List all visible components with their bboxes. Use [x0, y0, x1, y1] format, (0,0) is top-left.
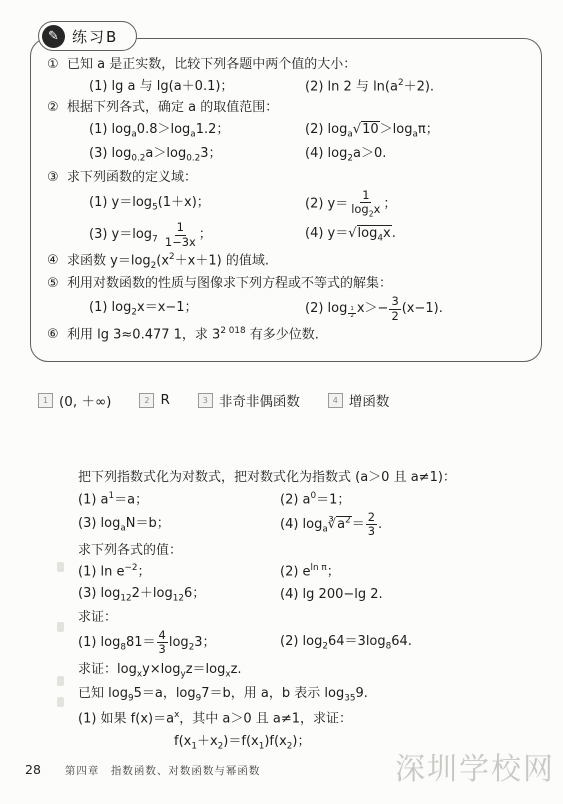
item-stem: 已知 a 是正实数，比较下列各题中两个值的大小： — [67, 55, 531, 75]
item-stem: 求函数 y＝log2(x2＋x＋1) 的值域. — [67, 251, 531, 273]
exercise-box: ① 已知 a 是正实数，比较下列各题中两个值的大小： (1) lg a 与 lg… — [30, 38, 542, 362]
chapter-title: 第四章 指数函数、对数函数与幂函数 — [65, 763, 261, 778]
answer-text: 非奇非偶函数 — [219, 390, 300, 410]
item-part: (2) log12x＞−32(x−1). — [305, 295, 531, 322]
exercise-item: ④ 求函数 y＝log2(x2＋x＋1) 的值域. — [47, 251, 531, 273]
answer-entry: 1 (0, ＋∞) — [38, 390, 111, 410]
exercise-item: ③ 求下列函数的定义域： — [47, 168, 531, 188]
item-part: (2) a0＝1； — [280, 490, 540, 510]
item-part: (1) loga0.8＞loga1.2； — [89, 120, 305, 142]
exercise-title: 练习B — [72, 26, 118, 47]
exercise-item: ⑥ 利用 lg 3≈0.477 1，求 32 018 有多少位数. — [47, 325, 531, 345]
item-part: (4) log2a＞0. — [305, 144, 531, 166]
item-part: (1) a1＝a； — [78, 490, 280, 510]
item-stem: 利用对数函数的性质与图像求下列方程或不等式的解集： — [67, 274, 531, 294]
answer-entry: 3 非奇非偶函数 — [198, 390, 300, 410]
item-part: (1) y＝log5(1＋x)； — [89, 193, 305, 215]
answer-text: (0, ＋∞) — [59, 390, 111, 410]
exercise-header-tab: ✎ 练习B — [38, 21, 137, 51]
item-stem: 求下列函数的定义域： — [67, 168, 531, 188]
item-stem: 求证： — [78, 608, 540, 628]
answer-box-marker: 2 — [139, 393, 154, 408]
item-stem: 求下列各式的值： — [78, 541, 540, 561]
exercise-badge-icon: ✎ — [42, 25, 65, 48]
item-part: (1) lg a 与 lg(a＋0.1)； — [89, 77, 305, 97]
exercise-item: ① 已知 a 是正实数，比较下列各题中两个值的大小： — [47, 55, 531, 75]
item-parts: (1) y＝log5(1＋x)； (2) y＝1log2x； (3) y＝log… — [47, 189, 531, 249]
second-exercise-section: 把下列指数式化为对数式，把对数式化为指数式 (a＞0 且 a≠1)： (1) a… — [78, 466, 540, 754]
item-stem: 利用 lg 3≈0.477 1，求 32 018 有多少位数. — [67, 325, 531, 345]
exercise-item-list: ① 已知 a 是正实数，比较下列各题中两个值的大小： (1) lg a 与 lg… — [47, 55, 531, 345]
exercise-line: 已知 log95＝a，log97＝b，用 a，b 表示 log359. — [78, 684, 540, 706]
cropped-number-mark — [57, 676, 64, 686]
answer-box-marker: 1 — [38, 393, 53, 408]
item-part: (1) ln e−2； — [78, 562, 280, 582]
page-number: 28 — [25, 762, 41, 777]
answer-entry: 2 R — [139, 392, 169, 408]
item-number: ⑤ — [47, 274, 67, 294]
item-part: (2) y＝1log2x； — [305, 189, 531, 219]
item-part: (2) loga√10＞logaπ； — [305, 120, 531, 142]
item-number: ② — [47, 98, 67, 118]
item-part: (3) y＝log7 11−3x； — [89, 221, 305, 248]
item-stem: 根据下列各式，确定 a 的取值范围： — [67, 98, 531, 118]
item-stem: 把下列指数式化为对数式，把对数式化为指数式 (a＞0 且 a≠1)： — [78, 468, 540, 488]
exercise-line: (1) 如果 f(x)＝ax，其中 a＞0 且 a≠1，求证： — [78, 709, 540, 729]
item-part: (2) ln 2 与 ln(a2＋2). — [305, 77, 531, 97]
item-parts: (1) log2x＝x−1； (2) log12x＞−32(x−1). — [47, 295, 531, 322]
item-number: ⑥ — [47, 325, 67, 345]
item-part: (1) log2x＝x−1； — [89, 298, 305, 320]
item-part: (4) lg 200−lg 2. — [280, 585, 540, 605]
answer-box-marker: 4 — [328, 393, 343, 408]
item-part: (3) log0.2a＞log0.23； — [89, 144, 305, 166]
exercise-line: 求证：logxy×logyz＝logxz. — [78, 660, 540, 682]
item-part: (3) logaN＝b； — [78, 514, 280, 536]
item-number: ③ — [47, 168, 67, 188]
cropped-number-mark — [57, 562, 64, 572]
item-part: (2) eln π； — [280, 562, 540, 582]
answers-row: 1 (0, ＋∞) 2 R 3 非奇非偶函数 4 增函数 — [38, 390, 389, 410]
item-part: (4) y＝√log4x. — [305, 224, 531, 246]
item-number: ④ — [47, 251, 67, 273]
exercise-item: ② 根据下列各式，确定 a 的取值范围： — [47, 98, 531, 118]
exercise-item: ⑤ 利用对数函数的性质与图像求下列方程或不等式的解集： — [47, 274, 531, 294]
item-parts: (1) lg a 与 lg(a＋0.1)； (2) ln 2 与 ln(a2＋2… — [47, 77, 531, 97]
item-part: (2) log264＝3log864. — [280, 632, 540, 654]
page-footer: 28 第四章 指数函数、对数函数与幂函数 — [25, 762, 260, 778]
answer-text: R — [160, 392, 169, 408]
cropped-number-mark — [57, 622, 64, 632]
answer-entry: 4 增函数 — [328, 390, 390, 410]
answer-box-marker: 3 — [198, 393, 213, 408]
item-part: (3) log122＋log126； — [78, 584, 280, 606]
answer-text: 增函数 — [349, 390, 390, 410]
textbook-page: ✎ 练习B ① 已知 a 是正实数，比较下列各题中两个值的大小： (1) lg … — [0, 0, 563, 804]
item-number: ① — [47, 55, 67, 75]
item-part: (4) loga∛a2＝23. — [280, 511, 540, 538]
item-parts: (1) loga0.8＞loga1.2； (2) loga√10＞logaπ； … — [47, 120, 531, 166]
watermark: 深圳学校网 — [395, 744, 555, 788]
item-part: (1) log881＝43log23； — [78, 629, 280, 656]
cropped-number-mark — [57, 697, 64, 707]
